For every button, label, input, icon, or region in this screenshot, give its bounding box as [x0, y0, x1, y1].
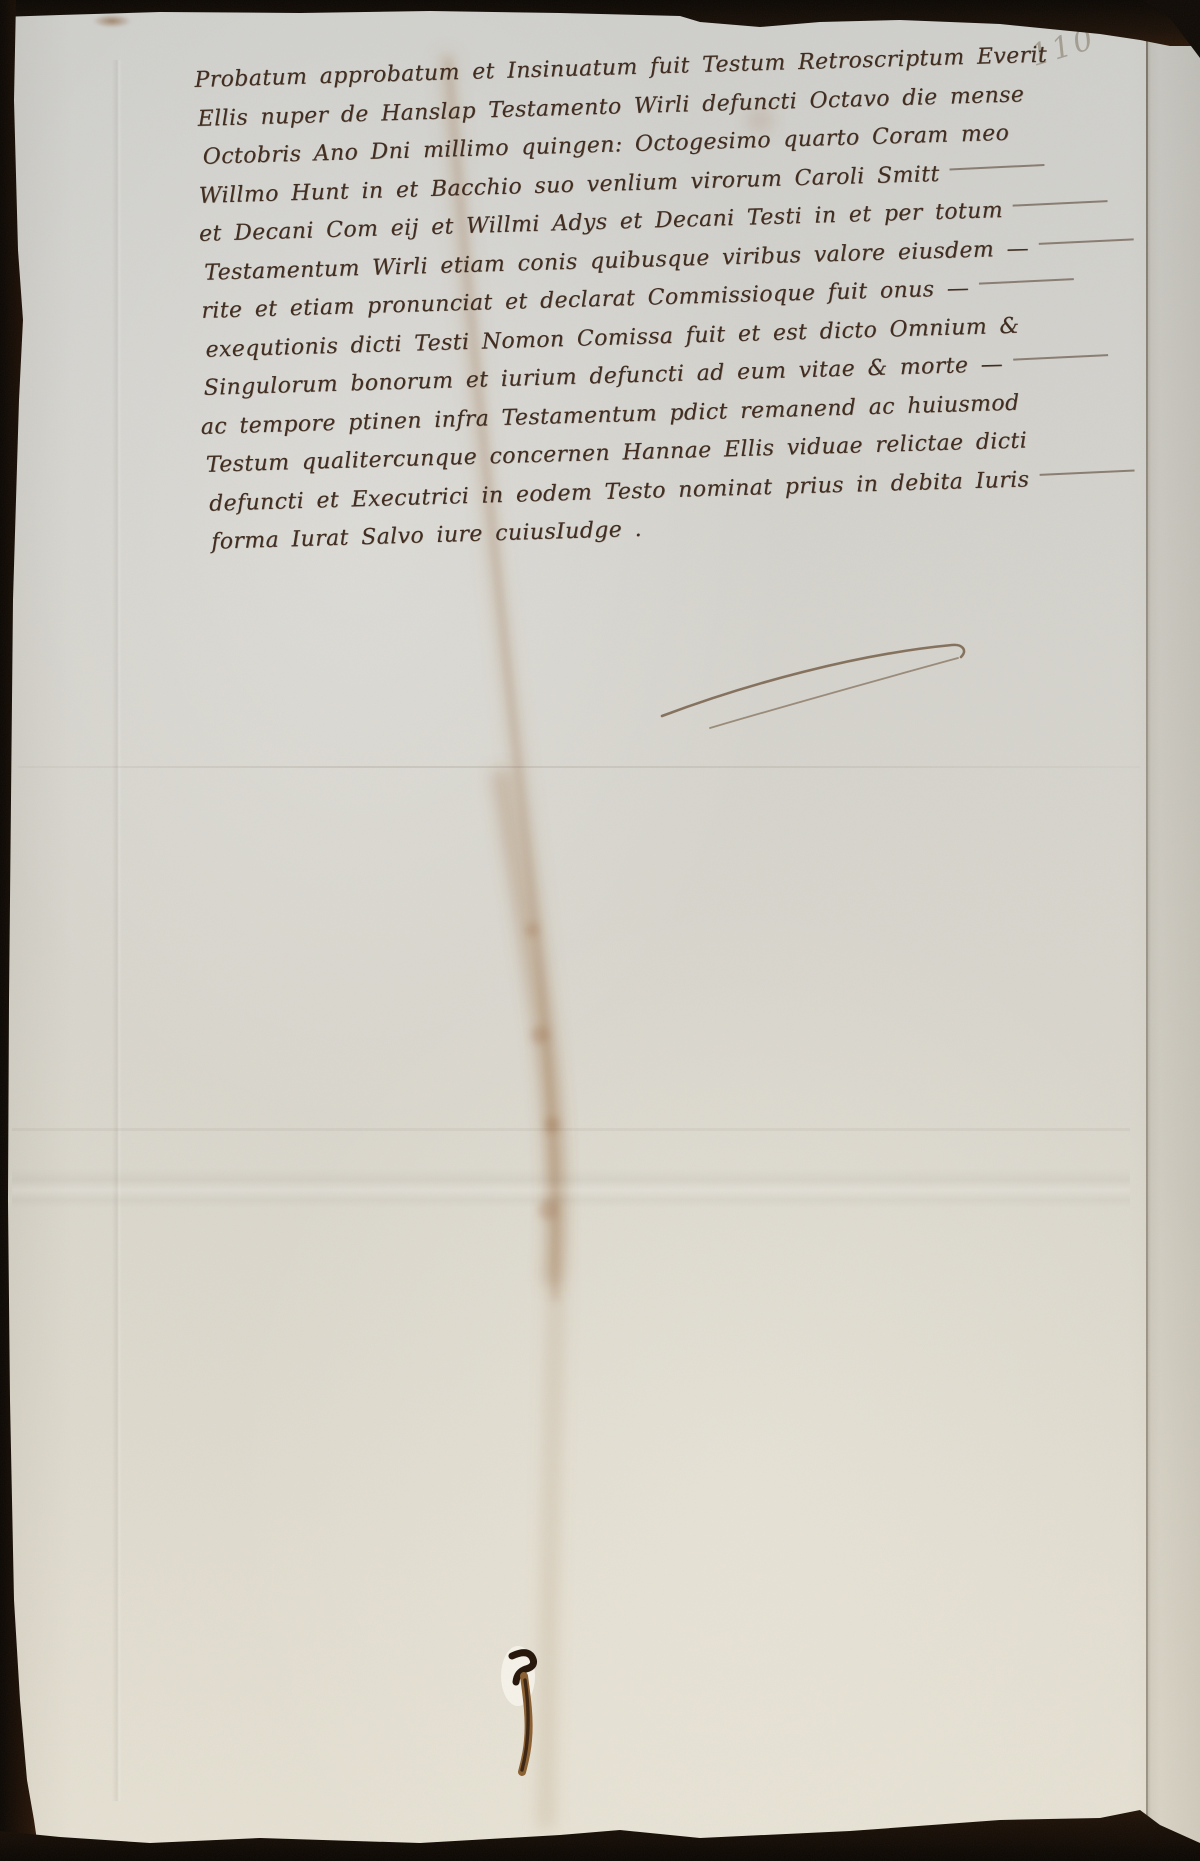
vertical-crease [112, 60, 122, 1801]
horizontal-crease [18, 766, 1140, 768]
ink-smudge [86, 12, 138, 30]
fore-edge-fold [1146, 0, 1200, 1861]
photo-of-manuscript: 110 Probatum approbatum et Insinuatum fu… [0, 0, 1200, 1861]
fore-edge-fold-line [1146, 0, 1148, 1861]
horizontal-crease [12, 1128, 1130, 1131]
manuscript-text: Probatum approbatum et Insinuatum fuit T… [194, 38, 1016, 562]
horizontal-crease [12, 1168, 1130, 1208]
signature-flourish [652, 612, 982, 737]
ink-blot [498, 1646, 550, 1782]
